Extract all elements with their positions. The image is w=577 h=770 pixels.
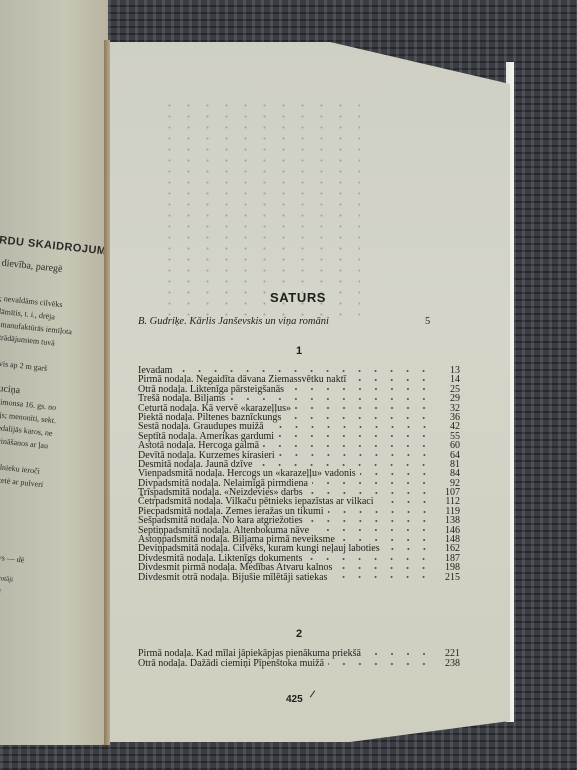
dot-leader [350,379,432,381]
pencil-tick-mark [310,690,315,697]
part-2-entries: Pirmā nodaļa. Kad mīlai jāpiekāpjas pien… [138,649,460,669]
dot-leader [360,473,432,475]
dot-leader [256,464,432,466]
toc-entry[interactable]: Otrā nodaļa. Dažādi ciemiņi Pīpenštoka m… [138,659,460,669]
dot-leader [312,482,432,484]
entry-label: Otrā nodaļa. Dažādi ciemiņi Pīpenštoka m… [138,659,324,669]
entry-page: 215 [436,573,460,582]
dot-leader [313,529,432,531]
entry-page: 238 [436,659,460,669]
toc-title: SATURS [270,290,326,305]
dot-leader [365,653,432,655]
dot-leader [328,511,433,513]
dot-leader [229,398,432,400]
toc-intro-label: B. Gudriķe. Kārlis Janševskis un viņa ro… [138,316,438,327]
dot-leader [263,445,432,447]
dot-leader [306,558,432,560]
dot-leader [285,417,432,419]
toc-entry[interactable]: Divdesmit otrā nodaļa. Bijušie mīlētāji … [138,573,460,582]
dot-leader [378,501,432,503]
dot-leader [278,435,432,437]
dot-leader [288,388,432,390]
dot-leader [339,539,432,541]
entry-label: Divdesmit otrā nodaļa. Bijušie mīlētāji … [138,573,327,582]
dot-leader [384,548,432,550]
part-number: 2 [296,628,302,640]
dot-leader [307,492,432,494]
dot-leader [279,454,432,456]
page-number: 425 [286,694,303,705]
part-number: 1 [296,345,302,357]
table-of-contents: SATURS B. Gudriķe. Kārlis Janševskis un … [0,0,577,770]
part-1-entries: Ievadam13 Pirmā nodaļa. Negaidīta dāvana… [138,366,460,582]
dot-leader [268,426,432,428]
dot-leader [328,663,432,665]
dot-leader [331,576,432,578]
dot-leader [295,407,432,409]
dot-leader [176,370,432,372]
toc-intro-page: 5 [425,316,430,327]
dot-leader [336,567,432,569]
dot-leader [307,520,432,522]
